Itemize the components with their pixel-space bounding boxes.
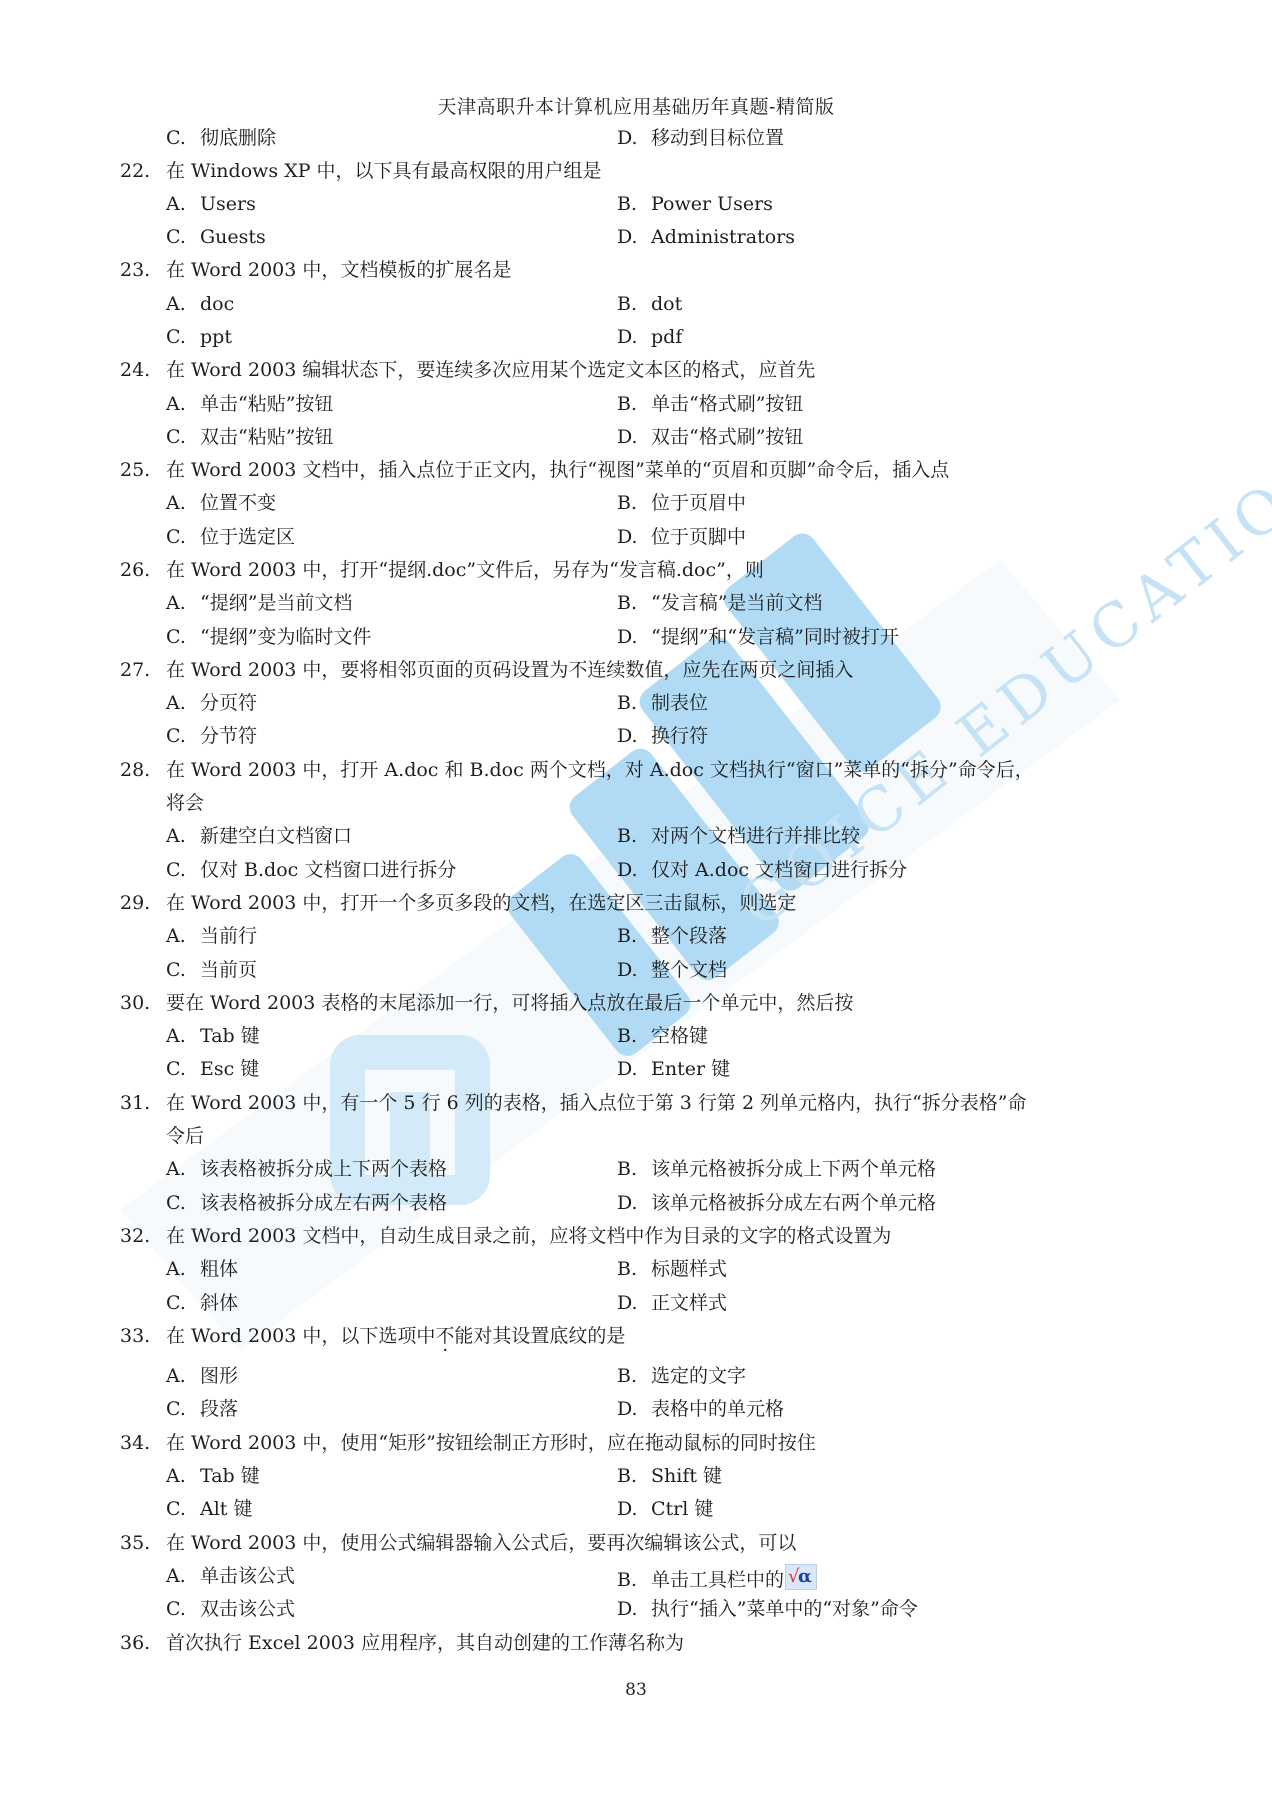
option-d: D.Administrators xyxy=(617,225,795,249)
option-a: A.doc xyxy=(166,292,234,316)
option-label: C. xyxy=(166,1191,200,1215)
option-label: D. xyxy=(617,1397,651,1421)
option-label: C. xyxy=(166,1597,200,1621)
option-c: C.位于选定区 xyxy=(166,525,295,549)
option-b: B.Power Users xyxy=(617,192,773,216)
option-label: A. xyxy=(166,1257,200,1281)
option-label: A. xyxy=(166,491,200,515)
option-label: C. xyxy=(166,724,200,748)
option-label: B. xyxy=(617,1464,651,1488)
option-label: A. xyxy=(166,1564,200,1588)
question-text: 在 Word 2003 中，要将相邻页面的页码设置为不连续数值，应先在两页之间插… xyxy=(166,658,853,682)
option-label: D. xyxy=(617,525,651,549)
option-b: B.对两个文档进行并排比较 xyxy=(617,824,860,848)
option-c: C.斜体 xyxy=(166,1291,238,1315)
option-a: A.单击“粘贴”按钮 xyxy=(166,392,333,416)
option-d: D.移动到目标位置 xyxy=(617,126,784,150)
page-header-title: 天津高职升本计算机应用基础历年真题-精简版 xyxy=(0,92,1272,119)
option-label: A. xyxy=(166,924,200,948)
option-b: B.标题样式 xyxy=(617,1257,727,1281)
option-label: B. xyxy=(617,192,651,216)
option-label: A. xyxy=(166,691,200,715)
question-text: 在 Word 2003 文档中，插入点位于正文内，执行“视图”菜单的“页眉和页脚… xyxy=(166,458,949,482)
equation-editor-icon: √α xyxy=(785,1564,817,1590)
option-b: B.位于页眉中 xyxy=(617,491,746,515)
option-label: D. xyxy=(617,1497,651,1521)
option-label: A. xyxy=(166,392,200,416)
option-b: B.单击“格式刷”按钮 xyxy=(617,392,803,416)
question-number: 36. xyxy=(120,1631,150,1655)
option-c: C.Guests xyxy=(166,225,266,249)
option-a: A.“提纲”是当前文档 xyxy=(166,591,352,615)
question-number: 25. xyxy=(120,458,150,482)
option-label: B. xyxy=(617,1257,651,1281)
option-a: A.Tab 键 xyxy=(166,1024,260,1048)
question-text: 在 Word 2003 中，打开一个多页多段的文档，在选定区三击鼠标，则选定 xyxy=(166,891,796,915)
option-c: C.ppt xyxy=(166,325,232,349)
question-number: 35. xyxy=(120,1531,150,1555)
option-d: D.整个文档 xyxy=(617,958,727,982)
option-label: A. xyxy=(166,1364,200,1388)
option-d: D.表格中的单元格 xyxy=(617,1397,784,1421)
option-label: D. xyxy=(617,1191,651,1215)
option-label: D. xyxy=(617,724,651,748)
question-text: 令后 xyxy=(166,1124,204,1148)
question-text: 在 Word 2003 中，以下选项中不能对其设置底纹的是 xyxy=(166,1324,625,1348)
option-label: C. xyxy=(166,425,200,449)
option-c: C.Esc 键 xyxy=(166,1057,259,1081)
option-c: C.Alt 键 xyxy=(166,1497,252,1521)
option-b: B.Shift 键 xyxy=(617,1464,722,1488)
option-label: A. xyxy=(166,1024,200,1048)
option-c: C.“提纲”变为临时文件 xyxy=(166,625,371,649)
option-label: D. xyxy=(617,425,651,449)
option-label: B. xyxy=(617,1157,651,1181)
option-a: A.位置不变 xyxy=(166,491,276,515)
question-text: 在 Word 2003 中，文档模板的扩展名是 xyxy=(166,258,511,282)
question-text: 在 Word 2003 文档中，自动生成目录之前，应将文档中作为目录的文字的格式… xyxy=(166,1224,891,1248)
option-c: C.当前页 xyxy=(166,958,257,982)
question-number: 33. xyxy=(120,1324,150,1348)
option-d: D.“提纲”和“发言稿”同时被打开 xyxy=(617,625,899,649)
question-number: 31. xyxy=(120,1091,150,1115)
question-number: 23. xyxy=(120,258,150,282)
option-b: B.“发言稿”是当前文档 xyxy=(617,591,822,615)
option-label: C. xyxy=(166,325,200,349)
option-c: C.双击该公式 xyxy=(166,1597,295,1621)
option-label: B. xyxy=(617,491,651,515)
option-d: D.执行“插入”菜单中的“对象”命令 xyxy=(617,1597,918,1621)
question-text: 在 Word 2003 中，使用公式编辑器输入公式后，要再次编辑该公式，可以 xyxy=(166,1531,796,1555)
question-number: 34. xyxy=(120,1431,150,1455)
option-label: D. xyxy=(617,325,651,349)
option-a: A.该表格被拆分成上下两个表格 xyxy=(166,1157,447,1181)
option-b: B.空格键 xyxy=(617,1024,708,1048)
question-number: 24. xyxy=(120,358,150,382)
option-label: C. xyxy=(166,1057,200,1081)
option-label: D. xyxy=(617,958,651,982)
option-a: A.Tab 键 xyxy=(166,1464,260,1488)
option-label: D. xyxy=(617,1057,651,1081)
page-number: 83 xyxy=(0,1680,1272,1700)
option-label: A. xyxy=(166,591,200,615)
option-d: D.Enter 键 xyxy=(617,1057,730,1081)
option-c: C.该表格被拆分成左右两个表格 xyxy=(166,1191,447,1215)
option-a: A.当前行 xyxy=(166,924,257,948)
option-label: D. xyxy=(617,225,651,249)
option-label: B. xyxy=(617,1024,651,1048)
option-label: B. xyxy=(617,824,651,848)
option-label: B. xyxy=(617,292,651,316)
option-label: B. xyxy=(617,591,651,615)
question-number: 32. xyxy=(120,1224,150,1248)
option-b: B.制表位 xyxy=(617,691,708,715)
question-text: 在 Word 2003 中，使用“矩形”按钮绘制正方形时，应在拖动鼠标的同时按住 xyxy=(166,1431,816,1455)
option-d: D.Ctrl 键 xyxy=(617,1497,713,1521)
option-label: C. xyxy=(166,1397,200,1421)
question-text: 将会 xyxy=(166,791,204,815)
question-text: 在 Word 2003 中，有一个 5 行 6 列的表格，插入点位于第 3 行第… xyxy=(166,1091,1027,1115)
option-c: C.彻底删除 xyxy=(166,126,276,150)
option-label: A. xyxy=(166,1464,200,1488)
option-label: B. xyxy=(617,1364,651,1388)
option-label: B. xyxy=(617,924,651,948)
option-b: B.该单元格被拆分成上下两个单元格 xyxy=(617,1157,936,1181)
option-b: B.选定的文字 xyxy=(617,1364,746,1388)
option-label: C. xyxy=(166,525,200,549)
option-label: C. xyxy=(166,225,200,249)
option-label: C. xyxy=(166,625,200,649)
option-c: C.仅对 B.doc 文档窗口进行拆分 xyxy=(166,858,456,882)
option-a: A.图形 xyxy=(166,1364,238,1388)
question-number: 22. xyxy=(120,159,150,183)
option-c: C.双击“粘贴”按钮 xyxy=(166,425,333,449)
option-c: C.分节符 xyxy=(166,724,257,748)
option-b: B.dot xyxy=(617,292,682,316)
question-number: 28. xyxy=(120,758,150,782)
emphasis-text: 不能 xyxy=(435,1325,473,1347)
option-d: D.仅对 A.doc 文档窗口进行拆分 xyxy=(617,858,907,882)
option-c: C.段落 xyxy=(166,1397,238,1421)
option-label: D. xyxy=(617,858,651,882)
option-d: D.pdf xyxy=(617,325,682,349)
option-label: A. xyxy=(166,1157,200,1181)
option-a: A.粗体 xyxy=(166,1257,238,1281)
option-label: B. xyxy=(617,392,651,416)
option-label: D. xyxy=(617,1291,651,1315)
question-text: 在 Word 2003 中，打开 A.doc 和 B.doc 两个文档，对 A.… xyxy=(166,758,1034,782)
option-b: B.单击工具栏中的√α xyxy=(617,1564,817,1592)
option-d: D.双击“格式刷”按钮 xyxy=(617,425,803,449)
option-d: D.换行符 xyxy=(617,724,708,748)
option-a: A.分页符 xyxy=(166,691,257,715)
option-label: A. xyxy=(166,292,200,316)
question-number: 30. xyxy=(120,991,150,1015)
option-label: D. xyxy=(617,625,651,649)
question-text: 在 Windows XP 中，以下具有最高权限的用户组是 xyxy=(166,159,602,183)
question-number: 26. xyxy=(120,558,150,582)
option-label: C. xyxy=(166,858,200,882)
option-label: C. xyxy=(166,958,200,982)
question-text: 在 Word 2003 编辑状态下，要连续多次应用某个选定文本区的格式，应首先 xyxy=(166,358,815,382)
option-label: C. xyxy=(166,126,200,150)
option-d: D.该单元格被拆分成左右两个单元格 xyxy=(617,1191,936,1215)
option-label: D. xyxy=(617,1597,651,1621)
option-a: A.单击该公式 xyxy=(166,1564,295,1588)
question-number: 27. xyxy=(120,658,150,682)
option-label: D. xyxy=(617,126,651,150)
option-label: C. xyxy=(166,1497,200,1521)
option-label: B. xyxy=(617,691,651,715)
option-label: A. xyxy=(166,824,200,848)
option-a: A.Users xyxy=(166,192,256,216)
option-d: D.正文样式 xyxy=(617,1291,727,1315)
option-b: B.整个段落 xyxy=(617,924,727,948)
option-label: C. xyxy=(166,1291,200,1315)
question-text: 在 Word 2003 中，打开“提纲.doc”文件后，另存为“发言稿.doc”… xyxy=(166,558,764,582)
option-a: A.新建空白文档窗口 xyxy=(166,824,352,848)
document-page: 天津高职升本计算机应用基础历年真题-精简版 C.彻底删除 D.移动到目标位置 2… xyxy=(0,0,1272,1800)
question-text: 首次执行 Excel 2003 应用程序，其自动创建的工作薄名称为 xyxy=(166,1631,684,1655)
option-d: D.位于页脚中 xyxy=(617,525,746,549)
option-label: B. xyxy=(617,1568,651,1592)
question-text: 要在 Word 2003 表格的末尾添加一行，可将插入点放在最后一个单元中，然后… xyxy=(166,991,853,1015)
option-label: A. xyxy=(166,192,200,216)
question-number: 29. xyxy=(120,891,150,915)
